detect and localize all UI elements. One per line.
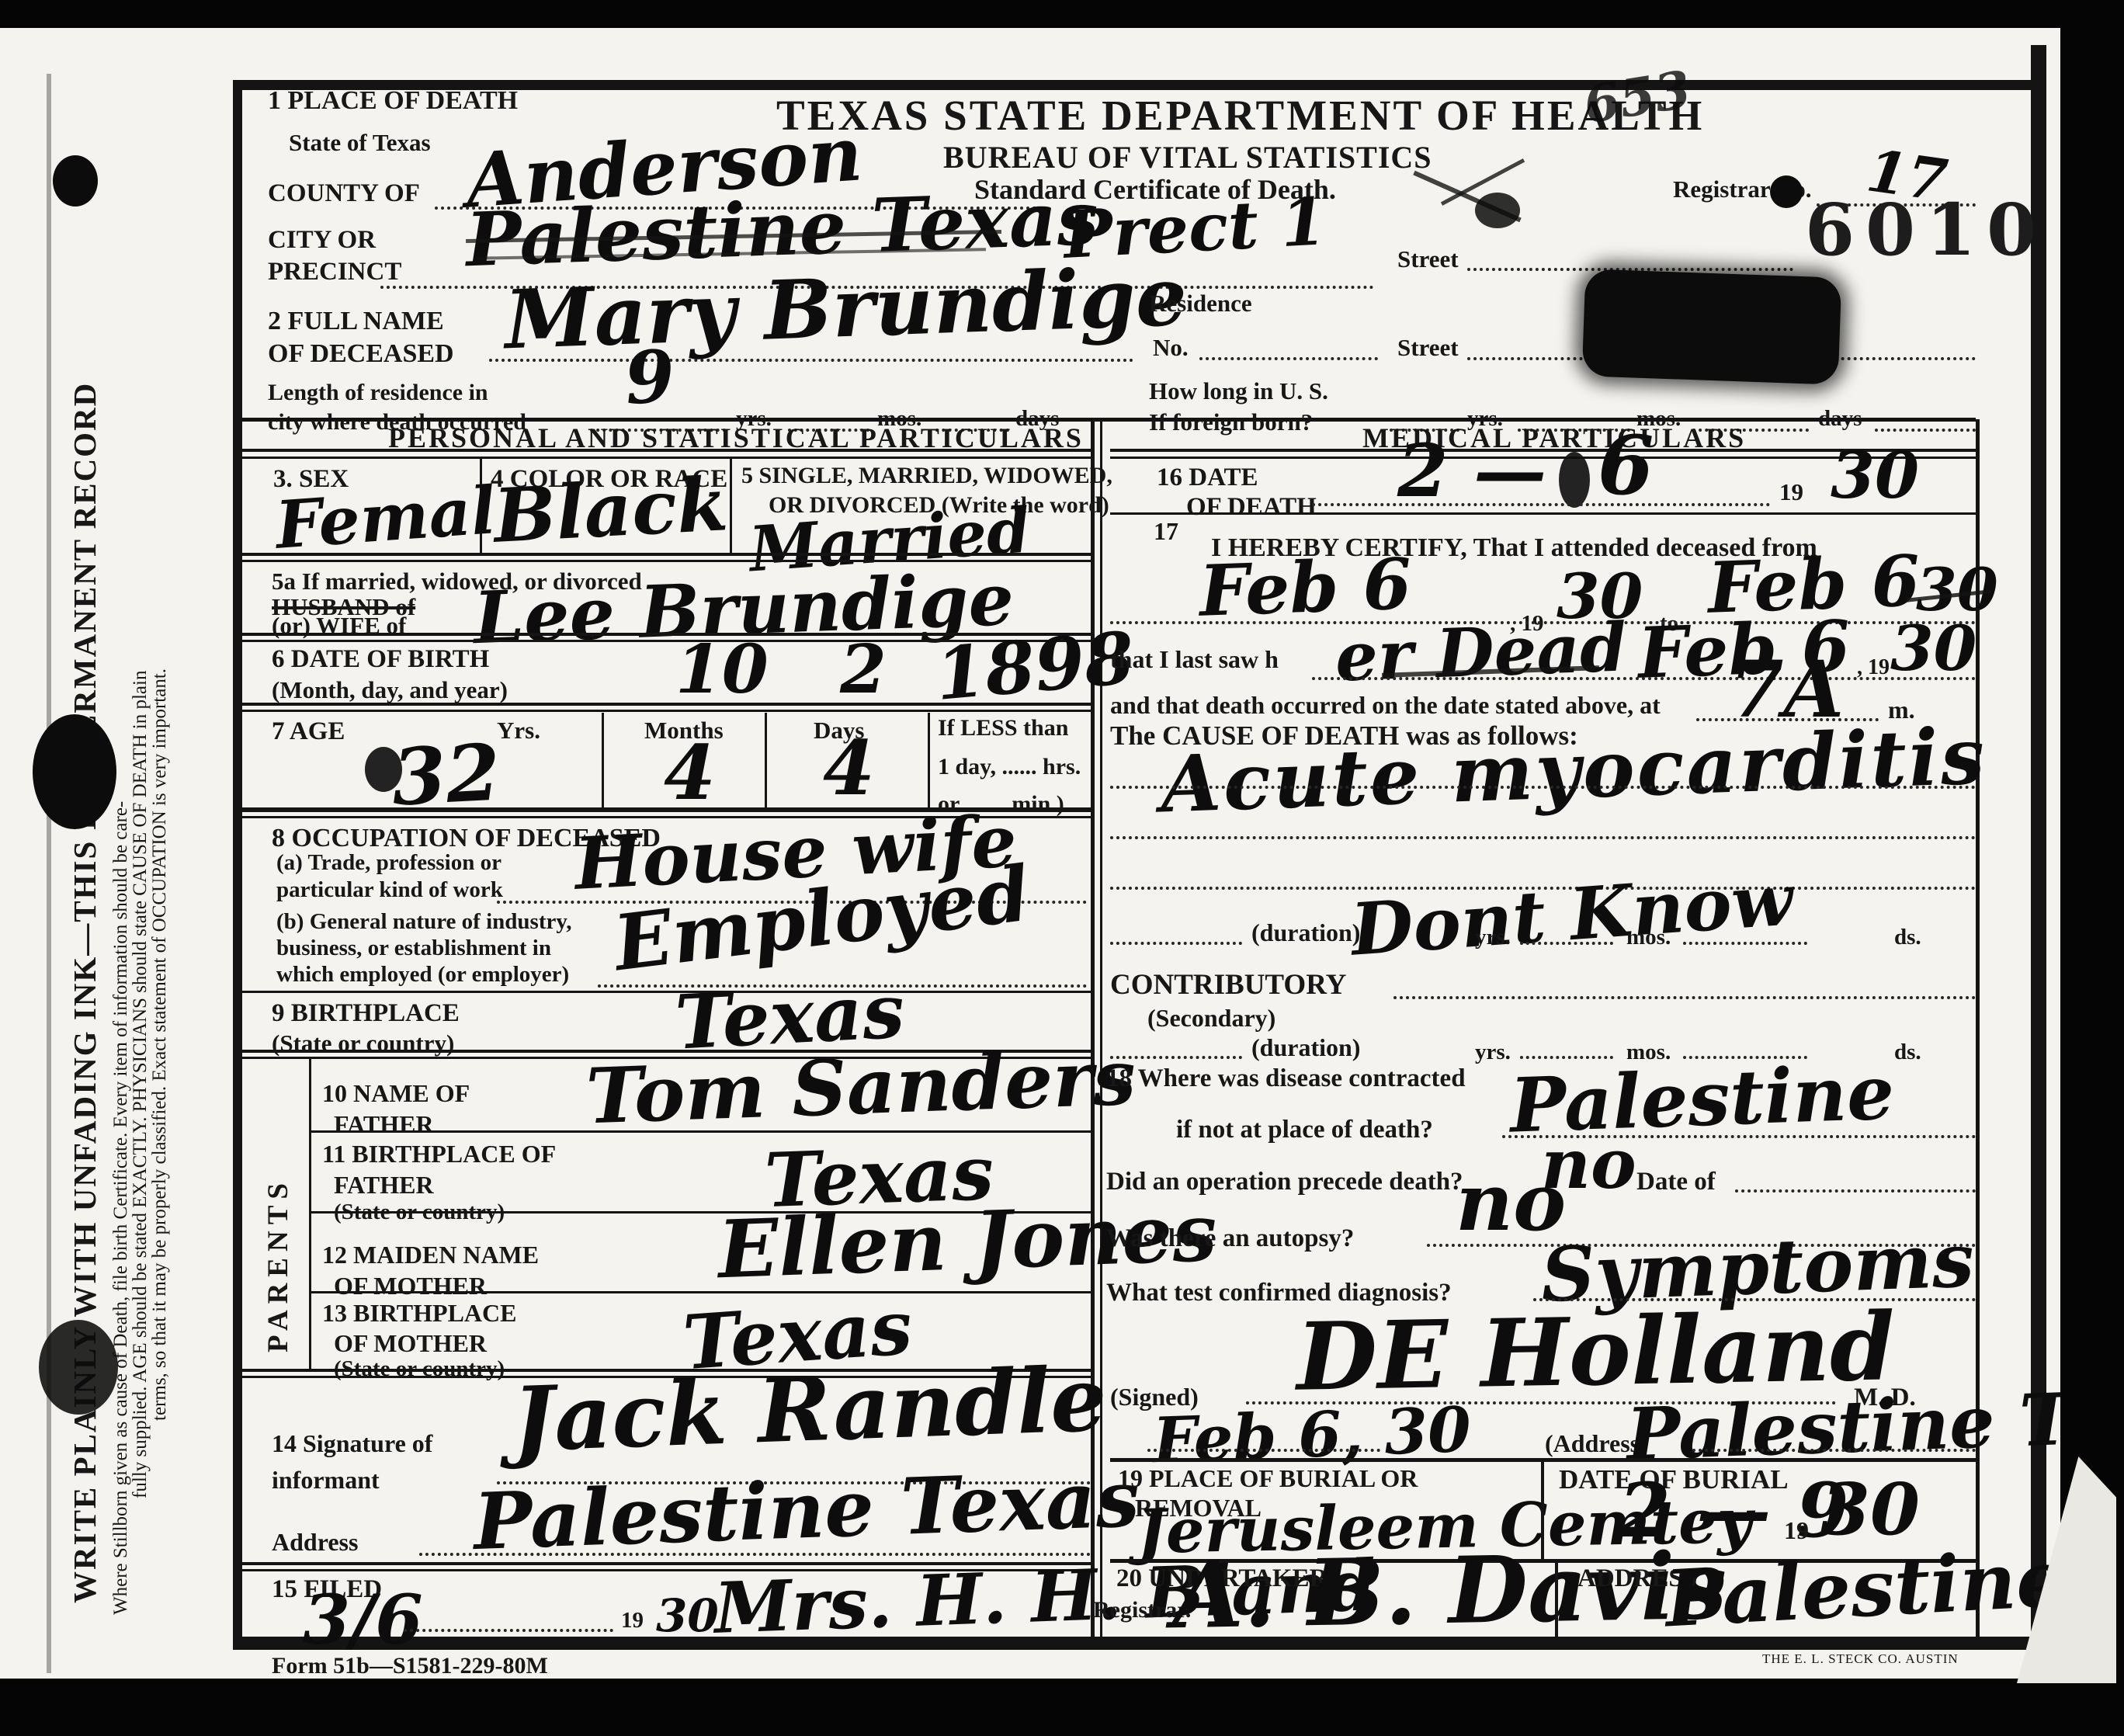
length-of-residence-value: 9 (623, 340, 677, 415)
father-name-label: FATHER (334, 1112, 434, 1138)
if-foreign-born-label: If foreign born? (1149, 410, 1313, 436)
disease-contracted-sublabel: if not at place of death? (1176, 1116, 1433, 1144)
ink-stamp-blob (1582, 269, 1842, 384)
age-label: 7 AGE (272, 718, 345, 745)
address-paren-label: (Address (1545, 1431, 1640, 1457)
mother-name-label: 12 MAIDEN NAME (322, 1242, 539, 1269)
date-of-death-day-value: 6 (1598, 425, 1654, 506)
certificate-number-stamp: 6010 (1805, 193, 2047, 268)
attended-from-value: Feb 6 (1199, 549, 1413, 626)
age-days-value: 4 (823, 731, 875, 806)
date-of-death-label: 16 DATE (1157, 464, 1258, 491)
ds-label: ds. (1894, 925, 1921, 949)
filed-year-value: 30 (656, 1593, 719, 1638)
secondary-label: (Secondary) (1147, 1005, 1275, 1032)
length-of-residence-label: Length of residence in (268, 380, 488, 405)
informant-address-label: Address (272, 1529, 358, 1556)
rule (928, 713, 930, 807)
ink-blob (1559, 452, 1590, 508)
duration-label: (duration) (1251, 920, 1360, 946)
dotted-line (1683, 942, 1807, 945)
ink-blob (39, 1320, 118, 1415)
age-yrs-label: Yrs. (497, 718, 540, 744)
scanned-death-certificate: WRITE PLAINLY WITH UNFADING INK—THIS IS … (0, 0, 2124, 1736)
residence-no-label: No. (1153, 335, 1189, 361)
rule (242, 991, 1091, 993)
date-of-death-month-value: 2 — (1397, 435, 1546, 508)
full-name-label: OF DECEASED (268, 340, 454, 368)
scan-edge-band (0, 1679, 2124, 1736)
dotted-line (1520, 942, 1613, 945)
occupation-b-label: (b) General nature of industry, (276, 910, 572, 933)
marital-status-label: 5 SINGLE, MARRIED, WIDOWED, (741, 464, 1112, 488)
disease-contracted-label: 18 Where was disease contracted (1106, 1065, 1466, 1092)
street-label: Street (1397, 247, 1459, 273)
race-value: Black (492, 467, 730, 554)
margin-notice-line: fully supplied. AGE should be stated EXA… (130, 671, 151, 1498)
dotted-line (1110, 942, 1242, 945)
last-saw-label: that I last saw h (1110, 647, 1279, 673)
rule (1555, 1563, 1558, 1641)
father-name-value: Tom Sanders (585, 1040, 1137, 1136)
dotted-line (419, 1553, 1091, 1556)
if-less-than-label: 1 day, ...... hrs. (938, 755, 1081, 779)
bureau-subtitle: BUREAU OF VITAL STATISTICS (943, 141, 1432, 174)
informant-signature-value: Jack Randle (511, 1355, 1108, 1464)
burial-year-value: 30 (1820, 1474, 1920, 1545)
burial-year-prefix: 19 (1784, 1518, 1809, 1544)
dotted-line (489, 359, 1133, 362)
rule (242, 710, 1091, 712)
age-months-value: 4 (664, 736, 716, 811)
ink-scribble (1475, 193, 1520, 228)
form-number: Form 51b—S1581-229-80M (272, 1654, 548, 1679)
yrs-label: yrs. (1475, 1040, 1511, 1064)
place-of-death-label: 1 PLACE OF DEATH (268, 87, 518, 115)
ink-blob (53, 155, 98, 207)
how-long-in-us-label: How long in U. S. (1149, 379, 1328, 404)
dotted-line (1692, 1449, 1976, 1452)
mother-birthplace-label: OF MOTHER (334, 1331, 487, 1357)
printer-credit: THE E. L. STECK CO. AUSTIN (1762, 1652, 1959, 1666)
dotted-line (1110, 1056, 1242, 1059)
dotted-line (1393, 996, 1976, 999)
full-name-label: 2 FULL NAME (268, 307, 444, 335)
filed-date-value: 3/6 (303, 1585, 423, 1654)
date-of-death-year-prefix: 19 (1779, 480, 1803, 505)
rule (730, 459, 732, 554)
rule (242, 553, 1091, 556)
last-saw-year-value: 30 (1890, 617, 1976, 679)
date-of-death-label: OF DEATH (1186, 494, 1317, 521)
margin-permanent-record-notice: WRITE PLAINLY WITH UNFADING INK—THIS IS … (68, 382, 102, 1603)
occupation-a-label: (a) Trade, profession or (276, 851, 501, 874)
dob-label: 6 DATE OF BIRTH (272, 646, 489, 673)
dotted-line (1110, 786, 1976, 789)
rule (309, 1291, 1091, 1293)
dotted-line (1199, 357, 1378, 360)
duration-label: (duration) (1251, 1035, 1360, 1061)
undertaker-address-value: Palestine (1664, 1540, 2067, 1638)
dotted-line (1312, 503, 1770, 506)
precinct-label: PRECINCT (268, 259, 401, 286)
last-saw-year-prefix: , 19 (1857, 656, 1890, 679)
physician-address-value: Palestine Tex (1626, 1380, 2124, 1470)
date-of-death-year-value: 30 (1831, 444, 1919, 508)
occupation-b-label: which employed (or employer) (276, 963, 569, 986)
father-birthplace-label: FATHER (334, 1172, 434, 1199)
margin-notice-line: terms, so that it may be properly classi… (150, 668, 170, 1421)
residence-label: Residence (1149, 291, 1252, 317)
mother-name-label: OF MOTHER (334, 1273, 487, 1300)
mother-birthplace-label: 13 BIRTHPLACE (322, 1300, 516, 1327)
dotted-line (1110, 836, 1976, 839)
contributory-label: CONTRIBUTORY (1110, 970, 1346, 1001)
ink-blob (33, 714, 116, 829)
dob-year-value: 1898 (932, 622, 1137, 710)
item-17-label: 17 (1154, 519, 1178, 545)
personal-section-title: PERSONAL AND STATISTICAL PARTICULARS (388, 424, 1084, 453)
birthplace-label: 9 BIRTHPLACE (272, 1000, 460, 1027)
dotted-line (1735, 1189, 1976, 1193)
rule (242, 418, 1976, 422)
informant-signature-label: informant (272, 1467, 380, 1494)
yrs-label: yrs. (1475, 925, 1511, 949)
age-years-value: 32 (390, 733, 501, 816)
ink-blob (1770, 175, 1803, 208)
penciled-number: 653 (1581, 64, 1694, 131)
rule (242, 703, 1091, 706)
operation-label: Did an operation precede death? (1106, 1168, 1463, 1196)
burial-place-label: 19 PLACE OF BURIAL OR (1118, 1466, 1418, 1492)
dob-day-value: 2 (840, 637, 887, 703)
scan-edge-band (0, 0, 2124, 28)
dotted-line (404, 1629, 613, 1632)
dob-month-value: 10 (675, 637, 769, 703)
full-name-value: Mary Brundige (503, 256, 1188, 361)
informant-signature-label: 14 Signature of (272, 1431, 432, 1457)
filed-year-prefix: 19 (621, 1609, 644, 1632)
dotted-line (1875, 429, 1976, 432)
occupation-b-label: business, or establishment in (276, 936, 551, 960)
rule (602, 713, 604, 807)
if-less-than-label: If LESS than (938, 716, 1068, 741)
sex-value: Femal (273, 477, 498, 558)
state-of-texas-label: State of Texas (289, 130, 431, 156)
ds-label: ds. (1894, 1040, 1921, 1064)
date-of-label: Date of (1636, 1168, 1716, 1196)
death-occurred-label: and that death occurred on the date stat… (1110, 693, 1661, 719)
father-name-label: 10 NAME OF (322, 1081, 470, 1107)
county-label: COUNTY OF (268, 180, 420, 207)
autopsy-label: Was there an autopsy? (1106, 1225, 1354, 1252)
city-label: CITY OR (268, 227, 376, 254)
rule (233, 80, 242, 1647)
residence-street-label: Street (1397, 335, 1459, 361)
dotted-line (1147, 1449, 1380, 1452)
margin-notice-line: Where Stillborn given as cause of Death,… (111, 801, 131, 1615)
occupation-a-label: particular kind of work (276, 878, 503, 901)
rule (1110, 512, 1976, 515)
department-title: TEXAS STATE DEPARTMENT OF HEALTH (776, 93, 1704, 138)
father-birthplace-label: 11 BIRTHPLACE OF (322, 1141, 556, 1168)
rule (765, 713, 767, 807)
informant-address-value: Palestine Texas (473, 1460, 1141, 1561)
parents-vertical-label: PARENTS (264, 1177, 294, 1352)
dotted-line (1312, 677, 1976, 680)
dob-sublabel: (Month, day, and year) (272, 678, 508, 703)
rule (242, 457, 1091, 459)
mos-label: mos. (1626, 925, 1671, 949)
paper-edge-line (47, 74, 51, 1673)
